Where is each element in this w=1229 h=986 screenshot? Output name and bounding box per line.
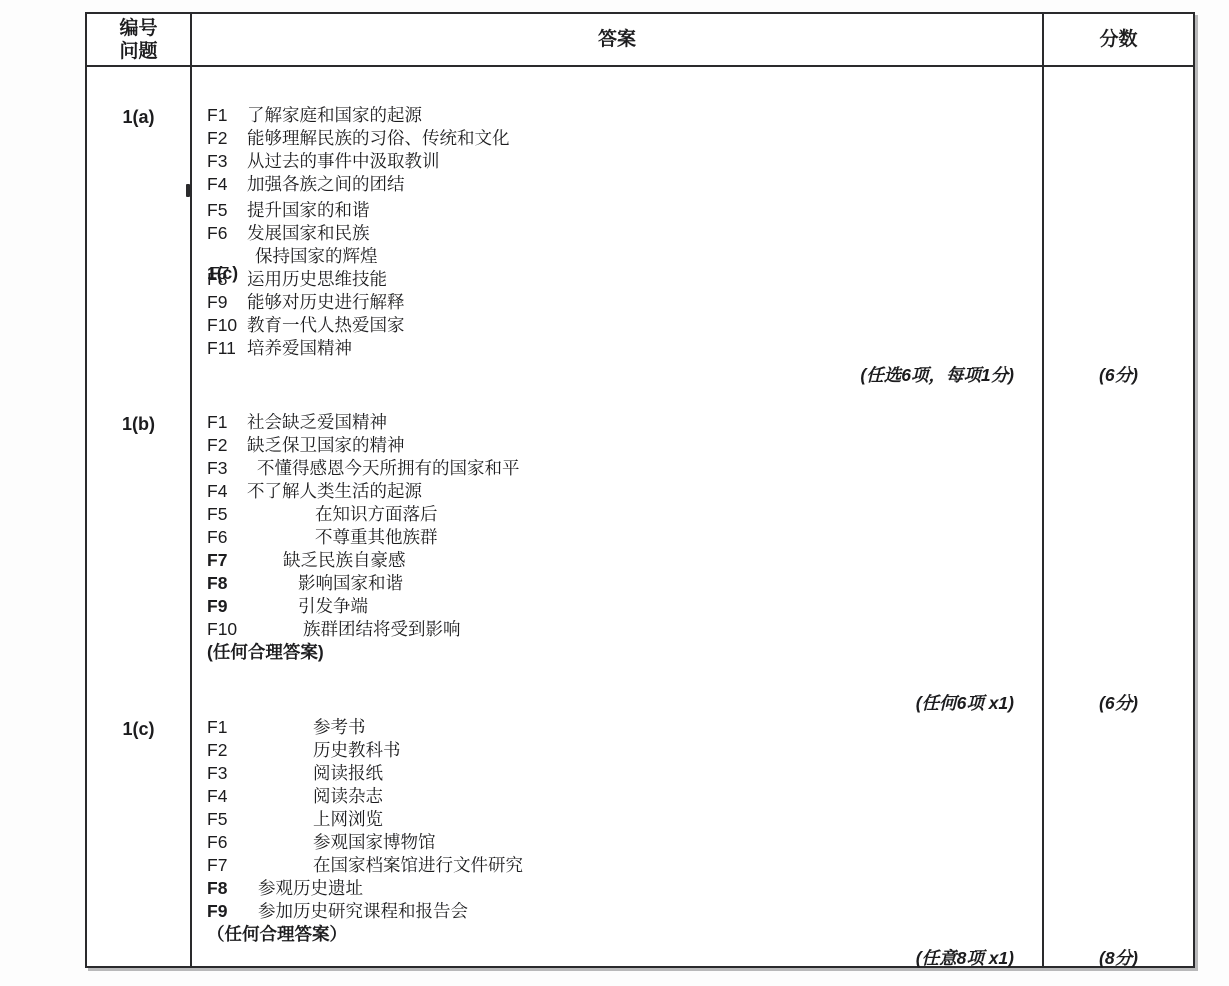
answer-item-text: 引发争端	[298, 596, 368, 616]
marking-scheme-table: 编号 问题 答案 分数 1(a) 1(b) 1(c) F1了解家庭和国家的起源F…	[85, 12, 1195, 968]
question-number-column: 1(a) 1(b) 1(c)	[87, 67, 192, 966]
answer-item-note: （任何合理答案）	[207, 924, 347, 944]
answer-item-text: 社会缺乏爱国精神	[247, 412, 387, 432]
answer-item-text: 不懂得感恩今天所拥有的国家和平	[257, 458, 520, 478]
answer-item: F8运用历史思维技能	[207, 268, 1032, 291]
answer-item: F2历史教科书	[207, 739, 1032, 762]
answer-item-label: F8	[207, 572, 243, 595]
answer-section-1a: F1了解家庭和国家的起源F2能够理解民族的习俗、传统和文化F3从过去的事件中汲取…	[207, 104, 1032, 360]
answer-item-label: F7	[207, 549, 243, 572]
document-page: 编号 问题 答案 分数 1(a) 1(b) 1(c) F1了解家庭和国家的起源F…	[0, 0, 1229, 986]
answer-item-text: 培养爱国精神	[247, 338, 352, 358]
answer-item: F2缺乏保卫国家的精神	[207, 434, 1032, 457]
footnote-1c: (任意8项 x1)	[916, 945, 1014, 970]
answer-item-label: F2	[207, 434, 243, 457]
answer-item-text: 参观历史遗址	[258, 878, 363, 898]
answer-item: F6发展国家和民族	[207, 222, 1032, 245]
answer-item-label: F2	[207, 739, 243, 762]
answer-item-label: F7	[207, 854, 243, 877]
answer-item-label: F4	[207, 480, 243, 503]
answer-item-label: F6	[207, 526, 243, 549]
answer-item-label: F9	[207, 900, 243, 923]
answer-item-text: 不尊重其他族群	[315, 527, 438, 547]
answer-item-text: 从过去的事件中汲取教训	[247, 151, 440, 171]
answer-item: F1社会缺乏爱国精神	[207, 411, 1032, 434]
answer-section-1b: F1社会缺乏爱国精神F2缺乏保卫国家的精神F3不懂得感恩今天所拥有的国家和平F4…	[207, 411, 1032, 664]
score-1b: (6分)	[1044, 690, 1193, 715]
answer-item-text: 阅读报纸	[313, 763, 383, 783]
answer-item: F5在知识方面落后	[207, 503, 1032, 526]
header-score: 分数	[1044, 14, 1193, 67]
header-answer: 答案	[192, 14, 1044, 67]
answer-item-note: (任何合理答案)	[207, 642, 324, 662]
answer-item: F8参观历史遗址	[207, 877, 1032, 900]
answer-item: F9能够对历史进行解释	[207, 291, 1032, 314]
answer-item: F7缺乏民族自豪感	[207, 549, 1032, 572]
answer-item-label: F5	[207, 199, 243, 222]
answer-item-label: F5	[207, 808, 243, 831]
answer-item: F7在国家档案馆进行文件研究	[207, 854, 1032, 877]
answer-item-text: 发展国家和民族	[247, 223, 370, 243]
answer-item: F6不尊重其他族群	[207, 526, 1032, 549]
answer-item: F5上网浏览	[207, 808, 1032, 831]
overlap-artifact-label: 1(c)	[207, 262, 238, 285]
answer-item-label: F6	[207, 222, 243, 245]
score-1c: (8分)	[1044, 945, 1193, 970]
answer-item-label: F4	[207, 173, 243, 196]
answer-item-label: F9	[207, 595, 243, 618]
answer-item: F4阅读杂志	[207, 785, 1032, 808]
answer-item-text: 缺乏民族自豪感	[283, 550, 406, 570]
answer-item: F3阅读报纸	[207, 762, 1032, 785]
answer-item: F9参加历史研究课程和报告会	[207, 900, 1032, 923]
footnote-1a: (任选6项，每项1分)	[860, 362, 1014, 387]
answer-item-text: 能够理解民族的习俗、传统和文化	[247, 128, 510, 148]
score-1a: (6分)	[1044, 362, 1193, 387]
answer-item-text: 族群团结将受到影响	[303, 619, 461, 639]
answer-item: F11培养爱国精神	[207, 337, 1032, 360]
answer-item: （任何合理答案）	[207, 923, 1032, 946]
answer-item-text: 在国家档案馆进行文件研究	[313, 855, 523, 875]
answer-item-label: F2	[207, 127, 243, 150]
answer-item-label: F1	[207, 716, 243, 739]
answer-item: F3不懂得感恩今天所拥有的国家和平	[207, 457, 1032, 480]
question-label-1a: 1(a)	[87, 107, 190, 128]
answer-item-text: 上网浏览	[313, 809, 383, 829]
answer-item-text: 加强各族之间的团结	[247, 174, 405, 194]
answer-item-text: 影响国家和谐	[298, 573, 403, 593]
answer-item-label: F3	[207, 762, 243, 785]
answer-item-text: 参加历史研究课程和报告会	[258, 901, 468, 921]
answer-item: F4不了解人类生活的起源	[207, 480, 1032, 503]
answer-item-label: F10	[207, 618, 243, 641]
answer-item: F8影响国家和谐	[207, 572, 1032, 595]
answer-item: F6参观国家博物馆	[207, 831, 1032, 854]
answer-item-text: 运用历史思维技能	[247, 269, 387, 289]
answer-item-text: 参观国家博物馆	[313, 832, 436, 852]
answer-item-label: F5	[207, 503, 243, 526]
answer-item-text: 了解家庭和国家的起源	[247, 105, 422, 125]
question-label-1c: 1(c)	[87, 719, 190, 740]
question-label-1b: 1(b)	[87, 414, 190, 435]
answer-item-label: F3	[207, 457, 243, 480]
answer-item: F5提升国家的和谐	[207, 199, 1032, 222]
answer-item: F9引发争端	[207, 595, 1032, 618]
answer-item: F2能够理解民族的习俗、传统和文化	[207, 127, 1032, 150]
answer-item-label: F9	[207, 291, 243, 314]
answer-item-label: F4	[207, 785, 243, 808]
answer-item-label: F1	[207, 411, 243, 434]
answer-item: F4加强各族之间的团结	[207, 173, 1032, 196]
answer-item-label: F6	[207, 831, 243, 854]
answer-item: F10教育一代人热爱国家	[207, 314, 1032, 337]
header-question-number: 编号 问题	[87, 14, 192, 67]
answer-item-label: F11	[207, 337, 243, 360]
answer-item-text: 能够对历史进行解释	[247, 292, 405, 312]
answer-item: F1参考书	[207, 716, 1032, 739]
answer-column: F1了解家庭和国家的起源F2能够理解民族的习俗、传统和文化F3从过去的事件中汲取…	[192, 67, 1044, 966]
answer-item-text: 历史教科书	[313, 740, 401, 760]
answer-item-text: 提升国家的和谐	[247, 200, 370, 220]
answer-item-label: F10	[207, 314, 243, 337]
answer-item-text: 在知识方面落后	[315, 504, 438, 524]
answer-item: F10族群团结将受到影响	[207, 618, 1032, 641]
answer-item-label: F1	[207, 104, 243, 127]
answer-section-1c: F1参考书F2历史教科书F3阅读报纸F4阅读杂志F5上网浏览F6参观国家博物馆F…	[207, 716, 1032, 946]
footnote-1b: (任何6项 x1)	[916, 690, 1014, 715]
answer-item-text: 阅读杂志	[313, 786, 383, 806]
answer-item: (任何合理答案)	[207, 641, 1032, 664]
stray-mark-artifact	[186, 184, 190, 197]
answer-item: F1了解家庭和国家的起源	[207, 104, 1032, 127]
answer-item: F71(c)保持国家的辉煌	[207, 245, 1032, 268]
answer-item-label: F3	[207, 150, 243, 173]
answer-item-text: 参考书	[313, 717, 366, 737]
score-column: (6分) (6分) (8分)	[1044, 67, 1193, 966]
answer-item-text: 教育一代人热爱国家	[247, 315, 405, 335]
answer-item-label: F8	[207, 877, 243, 900]
answer-item-text: 保持国家的辉煌	[255, 246, 378, 266]
answer-item: F3从过去的事件中汲取教训	[207, 150, 1032, 173]
answer-item-text: 缺乏保卫国家的精神	[247, 435, 405, 455]
answer-item-text: 不了解人类生活的起源	[247, 481, 422, 501]
